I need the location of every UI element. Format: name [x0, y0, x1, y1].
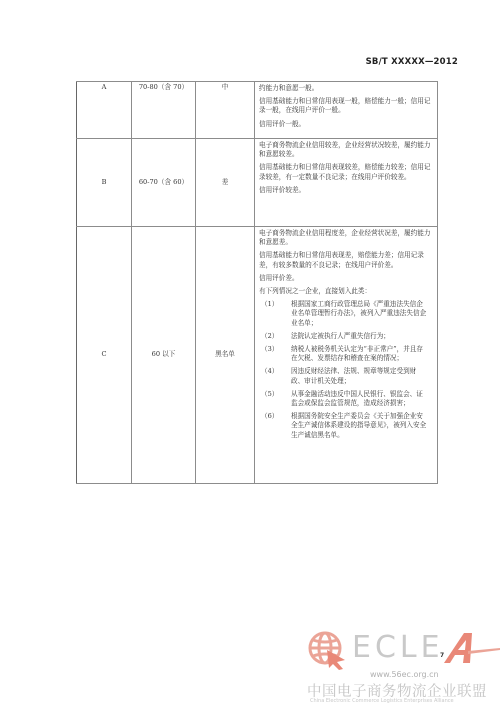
page-number: 7: [440, 652, 444, 659]
grade-cell: B: [77, 139, 132, 227]
grade-cell: A: [77, 82, 132, 139]
logo-a-icon: [442, 631, 500, 665]
description-paragraph: 信用基础能力和日常信用表现一般，赔偿能力一般；信用记录一般，在线用户评价一般。: [259, 97, 433, 115]
table-row-a: A 70-80（含 70） 中 约能力和意愿一般。 信用基础能力和日常信用表现一…: [77, 82, 438, 139]
logo-name-en: China Electronic Commerce Logistics Ente…: [310, 698, 454, 704]
description-paragraph: 信用评价较差。: [259, 186, 433, 195]
table-row-b: B 60-70（含 60） 差 电子商务物流企业信用较差，企业经营状况较差，履约…: [77, 139, 438, 227]
score-cell: 60 以下: [132, 227, 196, 484]
level-cell: 差: [196, 139, 255, 227]
list-item-number: （2）: [259, 332, 291, 341]
list-item-text: 根据国务院安全生产委员会《关于加强企业安全生产诚信体系建设的指导意见》，被列入安…: [291, 412, 433, 440]
list-item-text: 法院认定被执行人严重失信行为；: [291, 332, 433, 341]
credit-grade-table: A 70-80（含 70） 中 约能力和意愿一般。 信用基础能力和日常信用表现一…: [76, 81, 438, 484]
grade-cell: C: [77, 227, 132, 484]
description-cell: 电子商务物流企业信用程度差，企业经营状况差，履约能力和意愿差。 信用基础能力和日…: [255, 227, 438, 484]
list-item: （6） 根据国务院安全生产委员会《关于加强企业安全生产诚信体系建设的指导意见》，…: [259, 412, 433, 440]
description-paragraph: 有下列情况之一企业，直接划入此类：: [259, 287, 433, 296]
description-paragraph: 信用基础能力和日常信用表现较差，赔偿能力较差；信用记录较差，有一定数量不良记录；…: [259, 163, 433, 181]
description-paragraph: 电子商务物流企业信用较差，企业经营状况较差，履约能力和意愿较差。: [259, 141, 433, 159]
list-item-number: （3）: [259, 345, 291, 363]
description-paragraph: 信用评价一般。: [259, 120, 433, 129]
list-item: （2） 法院认定被执行人严重失信行为；: [259, 332, 433, 341]
list-item: （3） 纳税人被税务机关认定为“非正常户”，并且存在欠税、发票结存和稽查在案的情…: [259, 345, 433, 363]
list-item-number: （5）: [259, 390, 291, 408]
description-paragraph: 约能力和意愿一般。: [259, 84, 433, 93]
list-item-text: 从事金融活动违反中国人民银行、银监会、证监会或保监会监管规范，造成经济损害；: [291, 390, 433, 408]
logo-url: www.56ec.org.cn: [370, 670, 439, 679]
description-paragraph: 信用评价差。: [259, 274, 433, 283]
description-paragraph: 电子商务物流企业信用程度差，企业经营状况差，履约能力和意愿差。: [259, 229, 433, 247]
list-item-text: 因违反财经法律、法规、规章等规定受到财政、审计机关处理；: [291, 367, 433, 385]
score-cell: 60-70（含 60）: [132, 139, 196, 227]
list-item: （4） 因违反财经法律、法规、规章等规定受到财政、审计机关处理；: [259, 367, 433, 385]
list-item: （5） 从事金融活动违反中国人民银行、银监会、证监会或保监会监管规范，造成经济损…: [259, 390, 433, 408]
list-item-text: 纳税人被税务机关认定为“非正常户”，并且存在欠税、发票结存和稽查在案的情况；: [291, 345, 433, 363]
logo-letters: ECLE: [352, 633, 444, 663]
score-cell: 70-80（含 70）: [132, 82, 196, 139]
list-item-number: （6）: [259, 412, 291, 440]
description-paragraph: 信用基础能力和日常信用表现差，赔偿能力差；信用记录差，有较多数量的不良记录；在线…: [259, 251, 433, 269]
list-item-number: （4）: [259, 367, 291, 385]
ecle-watermark-logo: ECLE www.56ec.org.cn 中国电子商务物流企业联盟 China …: [302, 625, 500, 707]
globe-cursor-icon: [307, 630, 347, 670]
list-item-number: （1）: [259, 300, 291, 328]
list-item: （1） 根据国家工商行政管理总局《严重违法失信企业名单管理暂行办法》，被列入严重…: [259, 300, 433, 328]
description-cell: 约能力和意愿一般。 信用基础能力和日常信用表现一般，赔偿能力一般；信用记录一般，…: [255, 82, 438, 139]
description-cell: 电子商务物流企业信用较差，企业经营状况较差，履约能力和意愿较差。 信用基础能力和…: [255, 139, 438, 227]
level-cell: 中: [196, 82, 255, 139]
standard-code: SB/T XXXXX—2012: [366, 57, 458, 67]
list-item-text: 根据国家工商行政管理总局《严重违法失信企业名单管理暂行办法》，被列入严重违法失信…: [291, 300, 433, 328]
level-cell: 黑名单: [196, 227, 255, 484]
table-row-c: C 60 以下 黑名单 电子商务物流企业信用程度差，企业经营状况差，履约能力和意…: [77, 227, 438, 484]
